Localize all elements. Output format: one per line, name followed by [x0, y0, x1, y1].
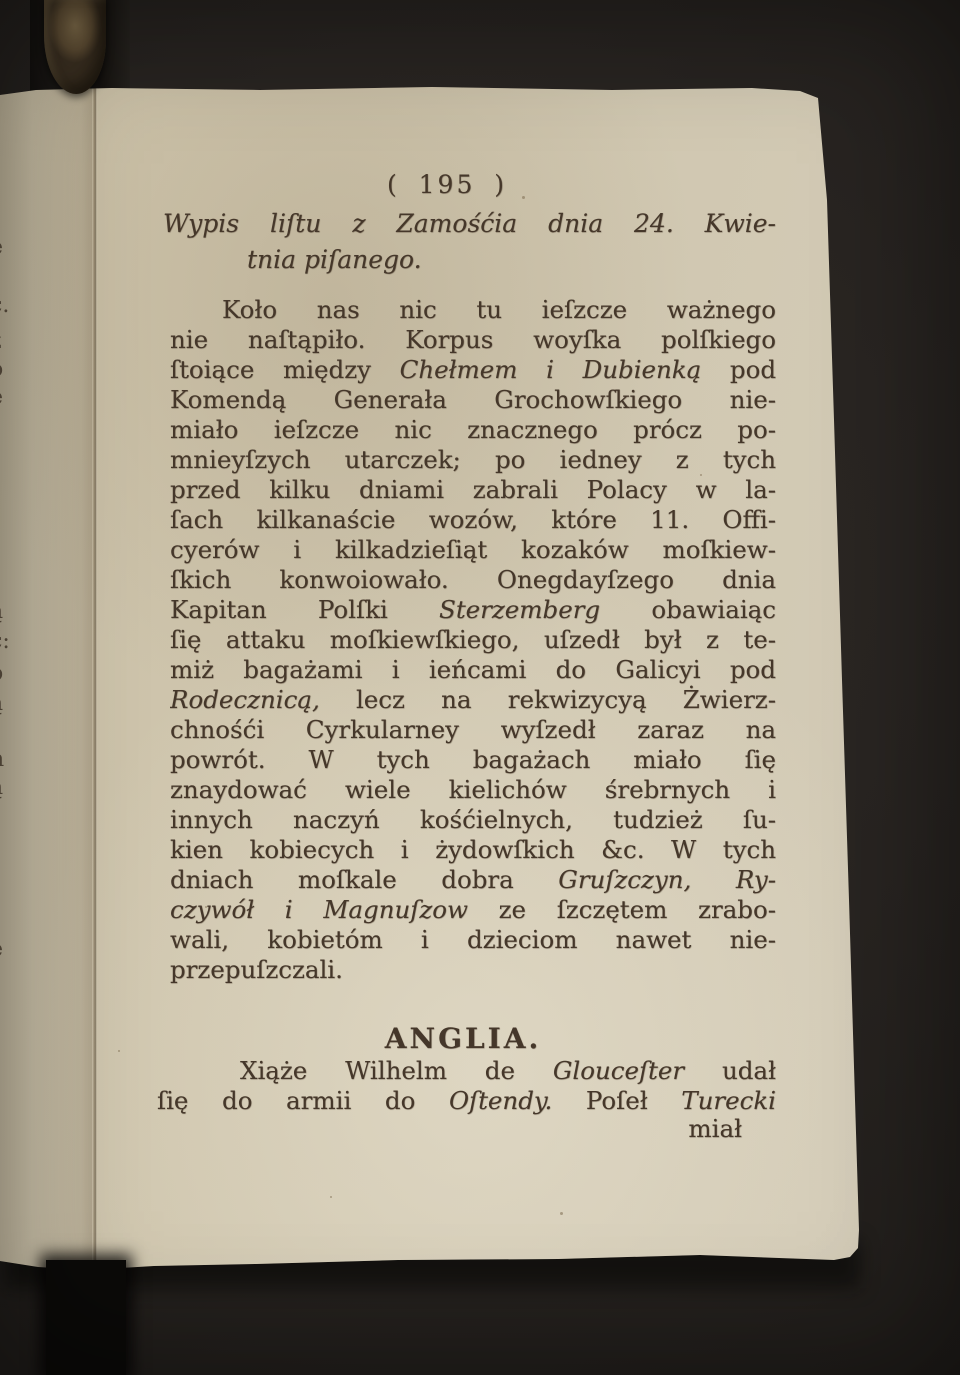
- margin-letter-fragment: ż: [0, 330, 2, 354]
- text-line: znaydować wiele kielichów śrebrnych i: [170, 775, 776, 805]
- text-segment: pod: [701, 355, 776, 384]
- text-segment: nie naſtąpiło. Korpus woyſka polſkiego: [170, 325, 776, 354]
- italic-text-segment: Turecki: [681, 1086, 776, 1115]
- text-line: ſię attaku moſkiewſkiego, uſzedł był z t…: [170, 625, 776, 655]
- text-segment: Koło nas nic tu ieſzcze ważnego: [222, 295, 776, 324]
- text-segment: ſach kilkanaście wozów, które 11. Offi-: [170, 505, 776, 534]
- text-line: cyerów i kilkadzieſiąt kozaków moſkiew-: [170, 535, 776, 565]
- text-segment: znaydować wiele kielichów śrebrnych i: [170, 775, 776, 804]
- text-segment: ſię attaku moſkiewſkiego, uſzedł był z t…: [170, 625, 776, 654]
- margin-letter-fragment: e: [0, 236, 3, 260]
- text-segment: ſtoiące między: [170, 355, 400, 384]
- text-line: ſach kilkanaście wozów, które 11. Offi-: [170, 505, 776, 535]
- letter-title: Wypis liſtu z Zamośćia dnia 24. Kwie-tni…: [163, 206, 776, 278]
- text-segment: miż bagażami i ieńcami do Galicyi pod: [170, 655, 776, 684]
- text-line: chnośći Cyrkularney wyſzedł zaraz na: [170, 715, 776, 745]
- margin-letter-fragment: •: [0, 806, 3, 830]
- text-segment: innych naczyń kośćielnych, tudzież ſu-: [170, 805, 776, 834]
- margin-letter-fragment: ą: [0, 692, 3, 716]
- text-segment: wali, kobietóm i dzieciom nawet nie-: [170, 925, 776, 954]
- margin-letter-fragment: ć:: [0, 630, 10, 654]
- text-line: ſię do armii do Oſtendy. Poſeł Turecki: [157, 1086, 776, 1116]
- italic-text-segment: Sterzemberg: [439, 595, 600, 624]
- margin-letter-fragment: ą: [0, 600, 3, 624]
- ink-speck: [118, 1050, 120, 1052]
- italic-text-segment: tnia piſanego.: [247, 245, 422, 274]
- page-number-header: ( 195 ): [144, 170, 750, 200]
- italic-text-segment: Oſtendy.: [449, 1086, 552, 1115]
- text-segment: ſkich konwoiowało. Onegdayſzego dnia: [170, 565, 776, 594]
- text-line: Xiąże Wilhelm de Glouceſter udał: [170, 1056, 776, 1086]
- text-segment: chnośći Cyrkularney wyſzedł zaraz na: [170, 715, 776, 744]
- margin-letter-fragment: o: [0, 358, 3, 382]
- text-line: powrót. W tych bagażach miało ſię: [170, 745, 776, 775]
- text-line: ſkich konwoiowało. Onegdayſzego dnia: [170, 565, 776, 595]
- text-line: przepuſzczali.: [170, 955, 776, 985]
- text-segment: udał: [684, 1056, 776, 1085]
- ink-speck: [330, 1196, 332, 1198]
- margin-letter-fragment: ć.: [0, 294, 9, 318]
- italic-text-segment: Glouceſter: [553, 1056, 684, 1085]
- text-segment: Poſeł: [552, 1086, 681, 1115]
- margin-letter-fragment: n: [0, 748, 4, 772]
- text-line: przed kilku dniami zabrali Polacy w la-: [170, 475, 776, 505]
- catchword: miał: [170, 1114, 776, 1144]
- body-paragraph: Koło nas nic tu ieſzcze ważnegonie naſtą…: [170, 295, 776, 985]
- margin-letter-fragment: e: [0, 386, 3, 410]
- italic-text-segment: Rodecznicą,: [170, 685, 320, 714]
- text-line: dniach moſkale dobra Gruſzczyn, Ry-: [170, 865, 776, 895]
- text-line: nie naſtąpiło. Korpus woyſka polſkiego: [170, 325, 776, 355]
- text-line: miało ieſzcze nic znacznego prócz po-: [170, 415, 776, 445]
- text-line: wali, kobietóm i dzieciom nawet nie-: [170, 925, 776, 955]
- text-segment: lecz na rekwizycyą Żwierz-: [320, 685, 776, 714]
- text-line: Rodecznicą, lecz na rekwizycyą Żwierz-: [170, 685, 776, 715]
- gutter-crease: [92, 86, 98, 1268]
- text-segment: ze ſzczętem zrabo-: [468, 895, 776, 924]
- text-segment: powrót. W tych bagażach miało ſię: [170, 745, 776, 774]
- anglia-paragraph: Xiąże Wilhelm de Glouceſter udałſię do a…: [170, 1056, 776, 1116]
- text-segment: Komendą Generała Grochowſkiego nie-: [170, 385, 776, 414]
- text-line: czywół i Magnuſzow ze ſzczętem zrabo-: [170, 895, 776, 925]
- text-line: Koło nas nic tu ieſzcze ważnego: [170, 295, 776, 325]
- text-line: Wypis liſtu z Zamośćia dnia 24. Kwie-: [163, 206, 776, 242]
- text-line: Komendą Generała Grochowſkiego nie-: [170, 385, 776, 415]
- text-segment: kien kobiecych i żydowſkich &c. W tych: [170, 835, 776, 864]
- facing-page-letter-fragments: łe.ć.żoeąć:oąlną•--e·: [0, 0, 18, 1375]
- italic-text-segment: czywół i Magnuſzow: [170, 895, 468, 924]
- text-line: kien kobiecych i żydowſkich &c. W tych: [170, 835, 776, 865]
- margin-letter-fragment: o: [0, 662, 3, 686]
- ink-speck: [560, 1212, 563, 1215]
- margin-letter-fragment: e: [0, 938, 3, 962]
- page: łe.ć.żoeąć:oąlną•--e· ( 195 ) Wypis liſt…: [0, 0, 872, 1375]
- text-line: Kapitan Polſki Sterzemberg obawiaiąc: [170, 595, 776, 625]
- text-segment: Kapitan Polſki: [170, 595, 439, 624]
- text-line: tnia piſanego.: [247, 242, 776, 278]
- binding-gap: [46, 1260, 126, 1375]
- text-line: ſtoiące między Chełmem i Dubienką pod: [170, 355, 776, 385]
- text-segment: cyerów i kilkadzieſiąt kozaków moſkiew-: [170, 535, 776, 564]
- text-segment: miało ieſzcze nic znacznego prócz po-: [170, 415, 776, 444]
- text-segment: przed kilku dniami zabrali Polacy w la-: [170, 475, 776, 504]
- text-segment: mnieyſzych utarczek; po iedney z tych: [170, 445, 776, 474]
- italic-text-segment: Chełmem i Dubienką: [400, 355, 702, 384]
- italic-text-segment: Wypis liſtu z Zamośćia dnia 24. Kwie-: [163, 209, 776, 238]
- section-heading-anglia: ANGLIA.: [160, 1022, 766, 1056]
- text-segment: przepuſzczali.: [170, 955, 343, 984]
- text-segment: dniach moſkale dobra: [170, 865, 558, 894]
- margin-letter-fragment: ą: [0, 776, 3, 800]
- text-line: mnieyſzych utarczek; po iedney z tych: [170, 445, 776, 475]
- italic-text-segment: Gruſzczyn, Ry-: [558, 865, 776, 894]
- text-segment: Xiąże Wilhelm de: [240, 1056, 553, 1085]
- scanned-book-page-photo: łe.ć.żoeąć:oąlną•--e· ( 195 ) Wypis liſt…: [0, 0, 960, 1375]
- text-line: miż bagażami i ieńcami do Galicyi pod: [170, 655, 776, 685]
- text-segment: ſię do armii do: [157, 1086, 449, 1115]
- text-segment: obawiaiąc: [600, 595, 776, 624]
- text-line: innych naczyń kośćielnych, tudzież ſu-: [170, 805, 776, 835]
